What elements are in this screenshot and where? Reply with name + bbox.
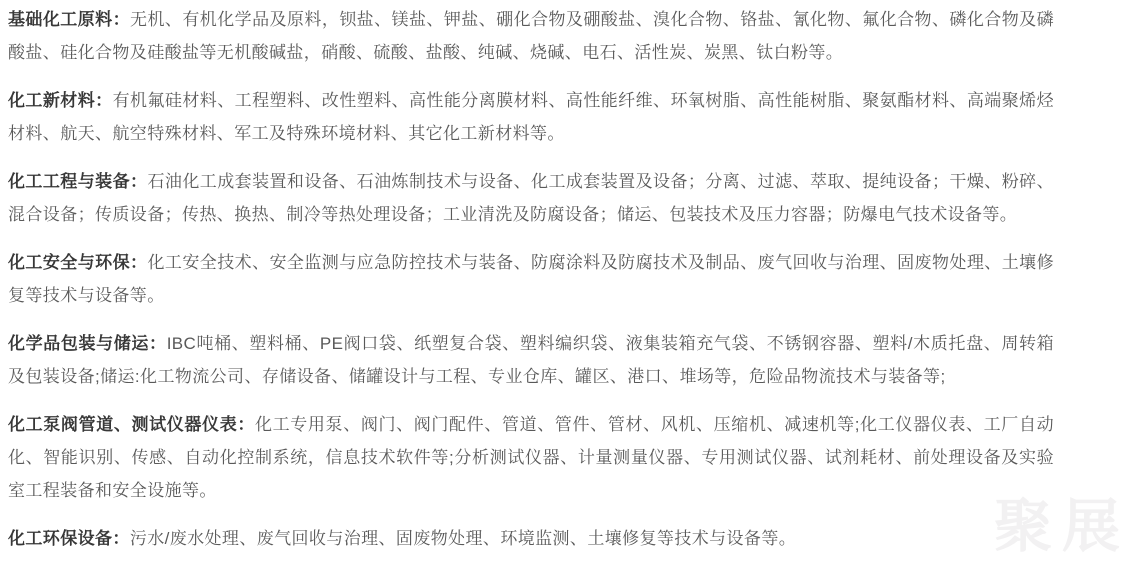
section-paragraph: 化工工程与装备：石油化工成套装置和设备、石油炼制技术与设备、化工成套装置及设备；…: [8, 165, 1054, 231]
section-paragraph: 基础化工原料：无机、有机化学品及原料，钡盐、镁盐、钾盐、硼化合物及硼酸盐、溴化合…: [8, 3, 1054, 69]
section-heading: 化学品包装与储运：: [8, 334, 167, 353]
section-body: 石油化工成套装置和设备、石油炼制技术与设备、化工成套装置及设备；分离、过滤、萃取…: [8, 172, 1054, 224]
section-paragraph: 化学品包装与储运：IBC吨桶、塑料桶、PE阀口袋、纸塑复合袋、塑料编织袋、液集装…: [8, 327, 1054, 393]
juzhan-watermark: 聚展: [994, 496, 1130, 558]
section-body: 无机、有机化学品及原料，钡盐、镁盐、钾盐、硼化合物及硼酸盐、溴化合物、铬盐、氰化…: [8, 10, 1054, 62]
section-paragraph: 化工新材料：有机氟硅材料、工程塑料、改性塑料、高性能分离膜材料、高性能纤维、环氧…: [8, 84, 1054, 150]
section-heading: 化工工程与装备：: [8, 172, 147, 191]
section-heading: 化工新材料：: [8, 91, 113, 110]
section-paragraph: 化工环保设备：污水/废水处理、废气回收与治理、固废物处理、环境监测、土壤修复等技…: [8, 522, 1054, 555]
section-heading: 化工安全与环保：: [8, 253, 147, 272]
section-heading: 化工泵阀管道、测试仪器仪表：: [8, 415, 255, 434]
section-heading: 基础化工原料：: [8, 10, 130, 29]
section-body: 污水/废水处理、废气回收与治理、固废物处理、环境监测、土壤修复等技术与设备等。: [130, 529, 796, 548]
section-body: 有机氟硅材料、工程塑料、改性塑料、高性能分离膜材料、高性能纤维、环氧树脂、高性能…: [8, 91, 1054, 143]
section-body: 化工安全技术、安全监测与应急防控技术与装备、防腐涂料及防腐技术及制品、废气回收与…: [8, 253, 1054, 305]
exhibit-scope-text: 基础化工原料：无机、有机化学品及原料，钡盐、镁盐、钾盐、硼化合物及硼酸盐、溴化合…: [8, 3, 1054, 565]
section-paragraph: 化工安全与环保：化工安全技术、安全监测与应急防控技术与装备、防腐涂料及防腐技术及…: [8, 246, 1054, 312]
section-heading: 化工环保设备：: [8, 529, 130, 548]
section-paragraph: 化工泵阀管道、测试仪器仪表：化工专用泵、阀门、阀门配件、管道、管件、管材、风机、…: [8, 408, 1054, 507]
